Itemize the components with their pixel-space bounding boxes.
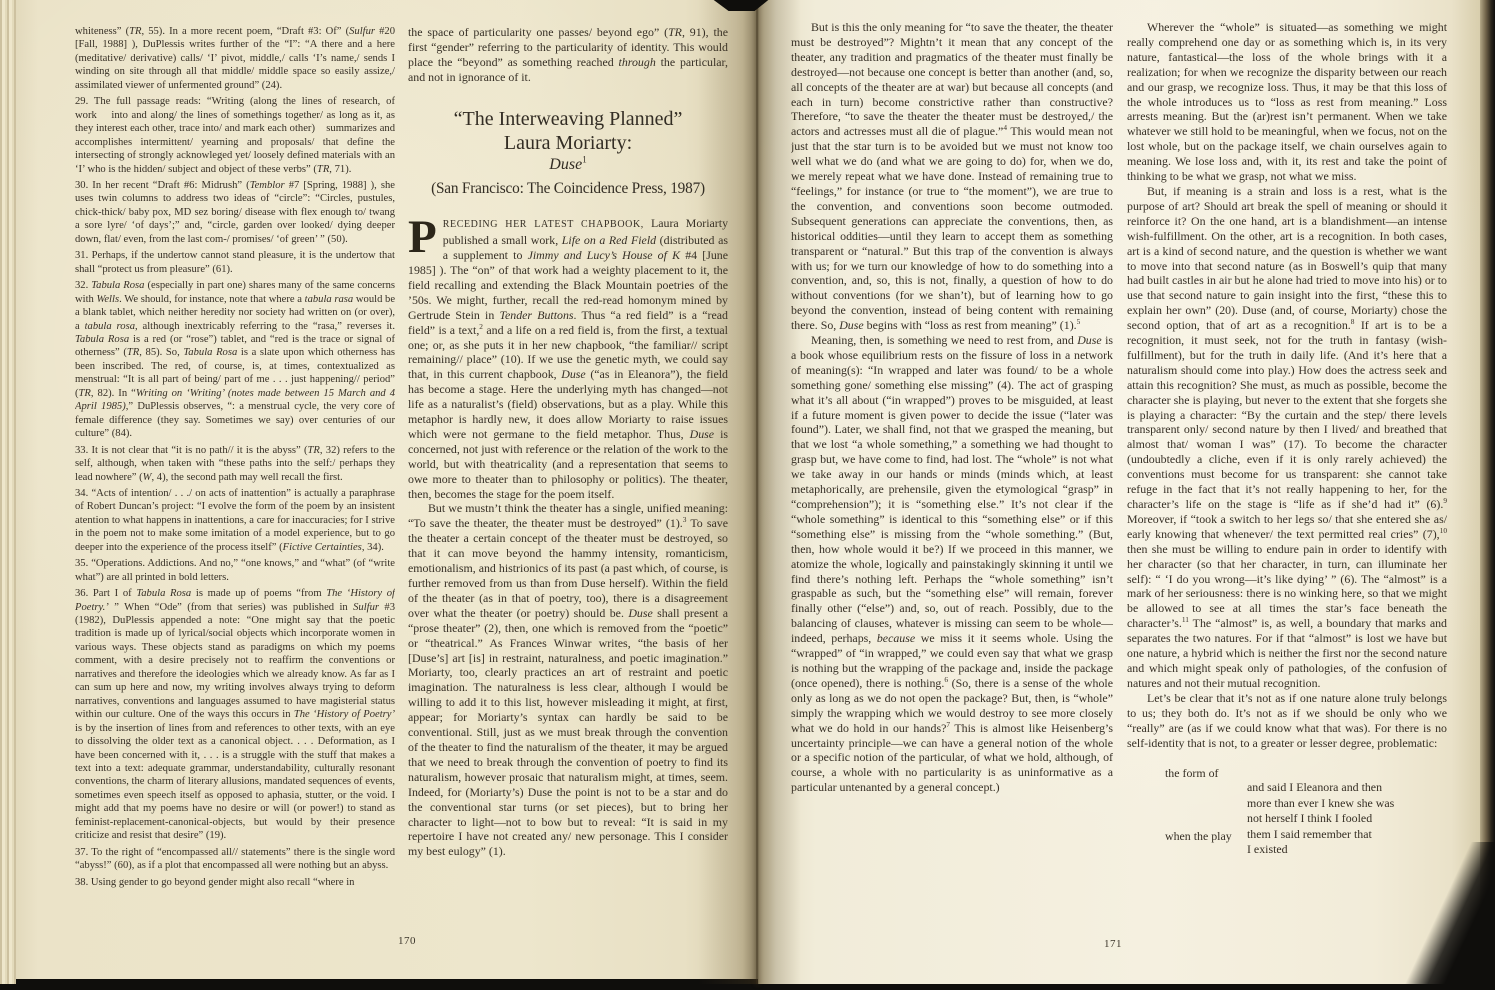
gutter-shadow [759,0,801,984]
endnote-paragraph: 35. “Operations. Addictions. And no,” “o… [75,557,395,584]
article-title-line: “The Interweaving Planned” [408,112,728,127]
poem-line: more than ever I knew she was [1247,796,1394,811]
endnote-paragraph: 30. In her recent “Draft #6: Midrush” (T… [75,179,395,246]
endnote-paragraph: 31. Perhaps, if the undertow cannot stan… [75,249,395,276]
publisher-line: (San Francisco: The Coincidence Press, 1… [408,182,728,197]
photo-corner-shadow [1398,842,1495,990]
poem-line: them I said remember that [1247,827,1394,842]
book-spread-photo: whiteness” (TR, 55). In a more recent po… [0,0,1495,990]
body-paragraph: But is this the only meaning for “to sav… [791,20,1113,333]
poem-line: not herself I think I fooled [1247,811,1394,826]
endnote-paragraph: whiteness” (TR, 55). In a more recent po… [75,25,395,92]
page-number-left: 170 [382,935,432,947]
right-page-column-1: But is this the only meaning for “to sav… [791,20,1113,928]
endnotes-column: whiteness” (TR, 55). In a more recent po… [75,25,395,917]
body-paragraph: Meaning, then, is something we need to r… [791,333,1113,795]
right-page: But is this the only meaning for “to sav… [758,0,1480,984]
endnote-paragraph: 32. Tabula Rosa (especially in part one)… [75,279,395,440]
endnote-paragraph: 37. To the right of “encompassed all// s… [75,846,395,873]
small-caps-opener: RECEDING HER LATEST CHAPBOOK, [443,219,644,230]
article-author-line: Laura Moriarty: [408,136,728,151]
body-paragraph: But we mustn’t think the theater has a s… [408,501,728,859]
body-paragraph: Wherever the “whole” is situated—as some… [1127,20,1447,184]
endnote-paragraph: 36. Part I of Tabula Rosa is made up of … [75,587,395,843]
article-work-title: Duse1 [408,158,728,173]
drop-cap: P [408,216,443,256]
page-stack-edge [0,0,16,984]
article-title-block: “The Interweaving Planned” Laura Moriart… [408,112,728,198]
body-paragraph: PRECEDING HER LATEST CHAPBOOK, Laura Mor… [408,216,728,501]
article-intro-paragraph: the space of particularity one passes/ b… [408,25,728,85]
endnote-paragraph: 34. “Acts of intention/ . . ./ on acts o… [75,487,395,554]
right-page-column-2: Wherever the “whole” is situated—as some… [1127,20,1447,928]
gutter-shadow [698,0,758,984]
poem-right-column: and said I Eleanora and then more than e… [1247,780,1394,857]
page-number-right: 171 [1088,938,1138,950]
endnote-paragraph: 38. Using gender to go beyond gender mig… [75,876,395,889]
body-paragraph: Let’s be clear that it’s not as if one n… [1127,691,1447,751]
poem-line: when the play [1165,829,1232,844]
poem-line: and said I Eleanora and then [1247,780,1394,795]
body-paragraph: But, if meaning is a strain and loss is … [1127,184,1447,691]
poem-line: I existed [1247,842,1394,857]
endnote-paragraph: 33. It is not clear that “it is no path/… [75,444,395,484]
endnote-paragraph: 29. The full passage reads: “Writing (al… [75,95,395,176]
poem-line: the form of [1165,766,1219,781]
article-column: the space of particularity one passes/ b… [408,25,728,917]
left-page: whiteness” (TR, 55). In a more recent po… [16,0,758,979]
footnote-marker: 1 [582,155,587,165]
